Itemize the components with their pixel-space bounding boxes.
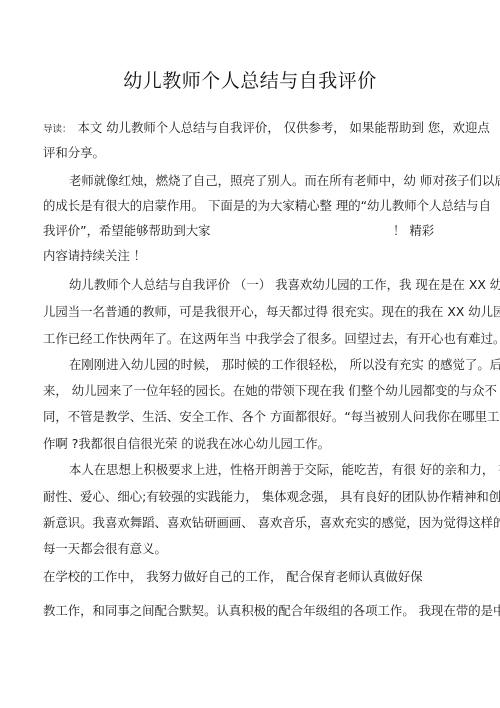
intro-paragraph-line-1: 老师就像红烛，燃烧了自己，照亮了别人。而在所有老师中，幼 师对孩子们以后 [69,172,463,190]
paragraph-3-line-3: 新意识。我喜欢舞蹈、喜欢钻研画画、 喜欢音乐，喜欢充实的感觉，因为觉得这样的 [43,514,463,532]
lead-label: 导读： [43,124,72,135]
paragraph-2-line-3: 同，不管是教学、生活、安全工作、各个 方面都很好。“每当被别人问我你在哪里工 [43,408,463,426]
intro-paragraph-line-2: 的成长是有很大的启蒙作用。 下面是的为大家精心整 理的“幼儿教师个人总结与自 [43,197,463,215]
paragraph-4-line-2: 教工作，和同事之间配合默契。认真积极的配合年级组的各项工作。 我现在带的是中 [43,602,463,620]
paragraph-2-line-4: 作啊 ?我都很自信很光荣 的说我在冰心幼儿园工作。 [43,435,463,453]
paragraph-3-line-1: 本人在思想上积极要求上进，性格开朗善于交际，能吃苦，有很 好的亲和力， 有 [69,461,463,479]
paragraph-4-line-1: 在学校的工作中， 我努力做好自己的工作， 配合保育老师认真做好保 [43,568,463,586]
lead-text: 本文 幼儿教师个人总结与自我评价， 仅供参考， 如果能帮助到 您，欢迎点 [78,120,490,135]
paragraph-3-line-4: 每一天都会很有意义。 [43,540,463,558]
section-one-line-2: 儿园当一名普通的教师，可是我很开心，每天都过得 很充实。现在的我在 XX 幼儿园 [43,303,463,321]
document-page: 幼儿教师个人总结与自我评价 导读：本文 幼儿教师个人总结与自我评价， 仅供参考，… [0,0,500,708]
section-one-line-3: 工作已经工作快两年了。在这两年当 中我学会了很多。回望过去，有开心也有难过。 [43,330,463,348]
intro-paragraph-line-3-tail: ！ 精彩 [393,222,463,240]
paragraph-2-line-2: 来， 幼儿园来了一位年轻的园长。在她的带领下现在我 们整个幼儿园都变的与众不 [43,382,463,400]
intro-paragraph-line-4: 内容请持续关注 ！ [43,247,463,265]
lead-paragraph-line-1: 导读：本文 幼儿教师个人总结与自我评价， 仅供参考， 如果能帮助到 您，欢迎点 [43,119,463,139]
section-one-line-1: 幼儿教师个人总结与自我评价 （一） 我喜欢幼儿园的工作，我 现在是在 XX 幼 [69,276,463,294]
paragraph-3-line-2: 耐性、爱心、细心;有较强的实践能力， 集体观念强， 具有良好的团队协作精神和创 [43,488,463,506]
paragraph-2-line-1: 在刚刚进入幼儿园的时候， 那时候的工作很轻松， 所以没有充实 的感觉了。后 [69,356,463,374]
lead-paragraph-line-2: 评和分享。 [43,144,463,162]
document-title: 幼儿教师个人总结与自我评价 [0,68,500,94]
